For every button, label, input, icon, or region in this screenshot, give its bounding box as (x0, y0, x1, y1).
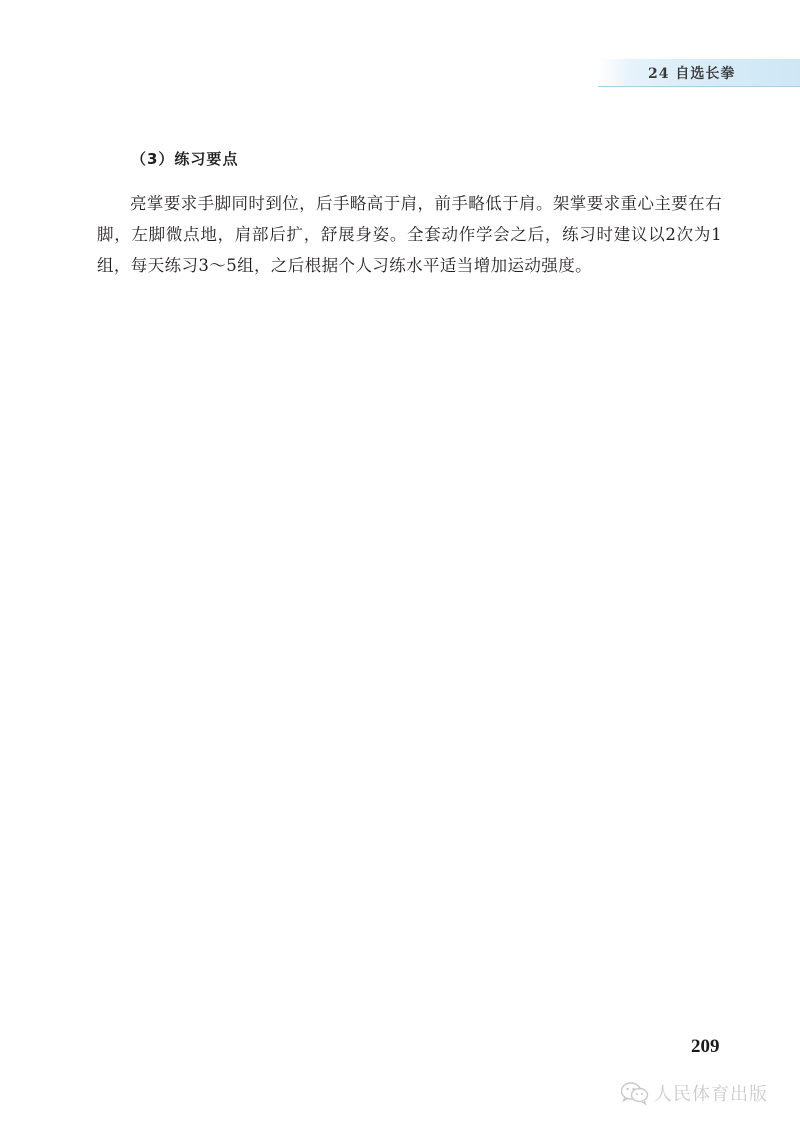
publisher-watermark: 人民体育出版 (620, 1080, 768, 1106)
body-paragraph: 亮掌要求手脚同时到位，后手略高于肩，前手略低于肩。架掌要求重心主要在右脚，左脚微… (97, 188, 722, 281)
section-heading: （3）练习要点 (131, 148, 238, 169)
watermark-text: 人民体育出版 (654, 1080, 768, 1106)
chapter-title: 24 自选长拳 (648, 63, 735, 83)
page-number: 209 (691, 1036, 720, 1058)
wechat-icon (620, 1081, 650, 1105)
